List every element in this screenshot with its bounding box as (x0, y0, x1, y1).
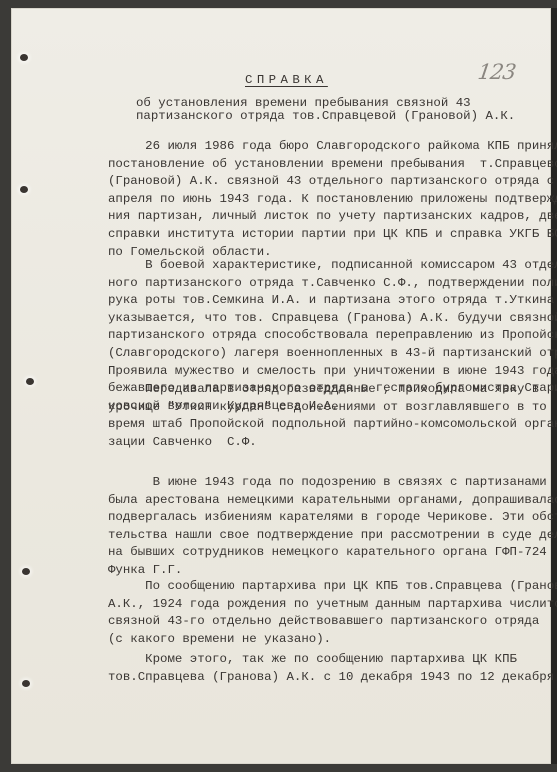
text-line: В боевой характеристике, подписанной ком… (108, 257, 548, 275)
text-line: связной 43-го отдельно действовавшего па… (108, 613, 548, 631)
text-line: ния партизан, личный листок по учету пар… (108, 208, 548, 226)
text-line: В июне 1943 года по подозрению в связях … (108, 474, 548, 492)
text-line: (Славгородского) лагеря военнопленных в … (108, 345, 548, 363)
text-line: ного партизанского отряда т.Савченко С.Ф… (108, 275, 548, 293)
text-line: По сообщению партархива при ЦК КПБ тов.С… (108, 578, 548, 596)
text-line: апреля по июнь 1943 года. К постановлени… (108, 191, 548, 209)
text-line: 26 июля 1986 года бюро Славгородского ра… (108, 138, 548, 156)
document-subtitle: об установления времени пребывания связн… (136, 97, 515, 122)
punch-hole-icon (20, 186, 28, 193)
punch-hole-icon (22, 568, 30, 575)
punch-hole-icon (22, 680, 30, 687)
text-line: А.К., 1924 года рождения по учетным данн… (108, 596, 548, 614)
document-title: СПРАВКА (245, 73, 328, 87)
punch-hole-icon (20, 54, 28, 61)
text-line: Проявила мужество и смелость при уничтож… (108, 363, 548, 381)
paragraph: В июне 1943 года по подозрению в связях … (108, 474, 548, 580)
text-line: тельства нашли свое подтверждение при ра… (108, 527, 548, 545)
paragraph: Кроме этого, так же по сообщению партарх… (108, 651, 548, 686)
paragraph: По сообщению партархива при ЦК КПБ тов.С… (108, 578, 548, 648)
subtitle-line: партизанского отряда тов.Справцевой (Гра… (136, 110, 515, 123)
text-line: урочище "Уткин курган" с донесениями от … (108, 399, 548, 417)
text-line: на бывших сотрудников немецкого каратель… (108, 544, 548, 562)
text-line: Кроме этого, так же по сообщению партарх… (108, 651, 548, 669)
text-line: время штаб Пропойской подпольной партийн… (108, 416, 548, 434)
text-line: тов.Справцева (Гранова) А.К. с 10 декабр… (108, 669, 548, 687)
text-line: (с какого времени не указано). (108, 631, 548, 649)
text-line: зации Савченко С.Ф. (108, 434, 548, 452)
text-line: партизанского отряда способствовала пере… (108, 327, 548, 345)
text-line: Передавала в отряд разведданные , приход… (108, 381, 548, 399)
handwritten-page-number: 123 (476, 60, 516, 84)
text-line: подвергалась избиениям карателями в горо… (108, 509, 548, 527)
text-line: указывается, что тов. Справцева (Гранова… (108, 310, 548, 328)
paragraph: 26 июля 1986 года бюро Славгородского ра… (108, 138, 548, 261)
text-line: (Грановой) А.К. связной 43 отдельного па… (108, 173, 548, 191)
text-line: постановление об установлении времени пр… (108, 156, 548, 174)
text-line: рука роты тов.Семкина И.А. и партизана э… (108, 292, 548, 310)
text-line: Функа Г.Г. (108, 562, 548, 580)
punch-hole-icon (26, 378, 34, 385)
text-line: справки института истории партии при ЦК … (108, 226, 548, 244)
subtitle-line: об установления времени пребывания связн… (136, 97, 515, 110)
paragraph: Передавала в отряд разведданные , приход… (108, 381, 548, 451)
text-line: была арестована немецкими карательными о… (108, 492, 548, 510)
